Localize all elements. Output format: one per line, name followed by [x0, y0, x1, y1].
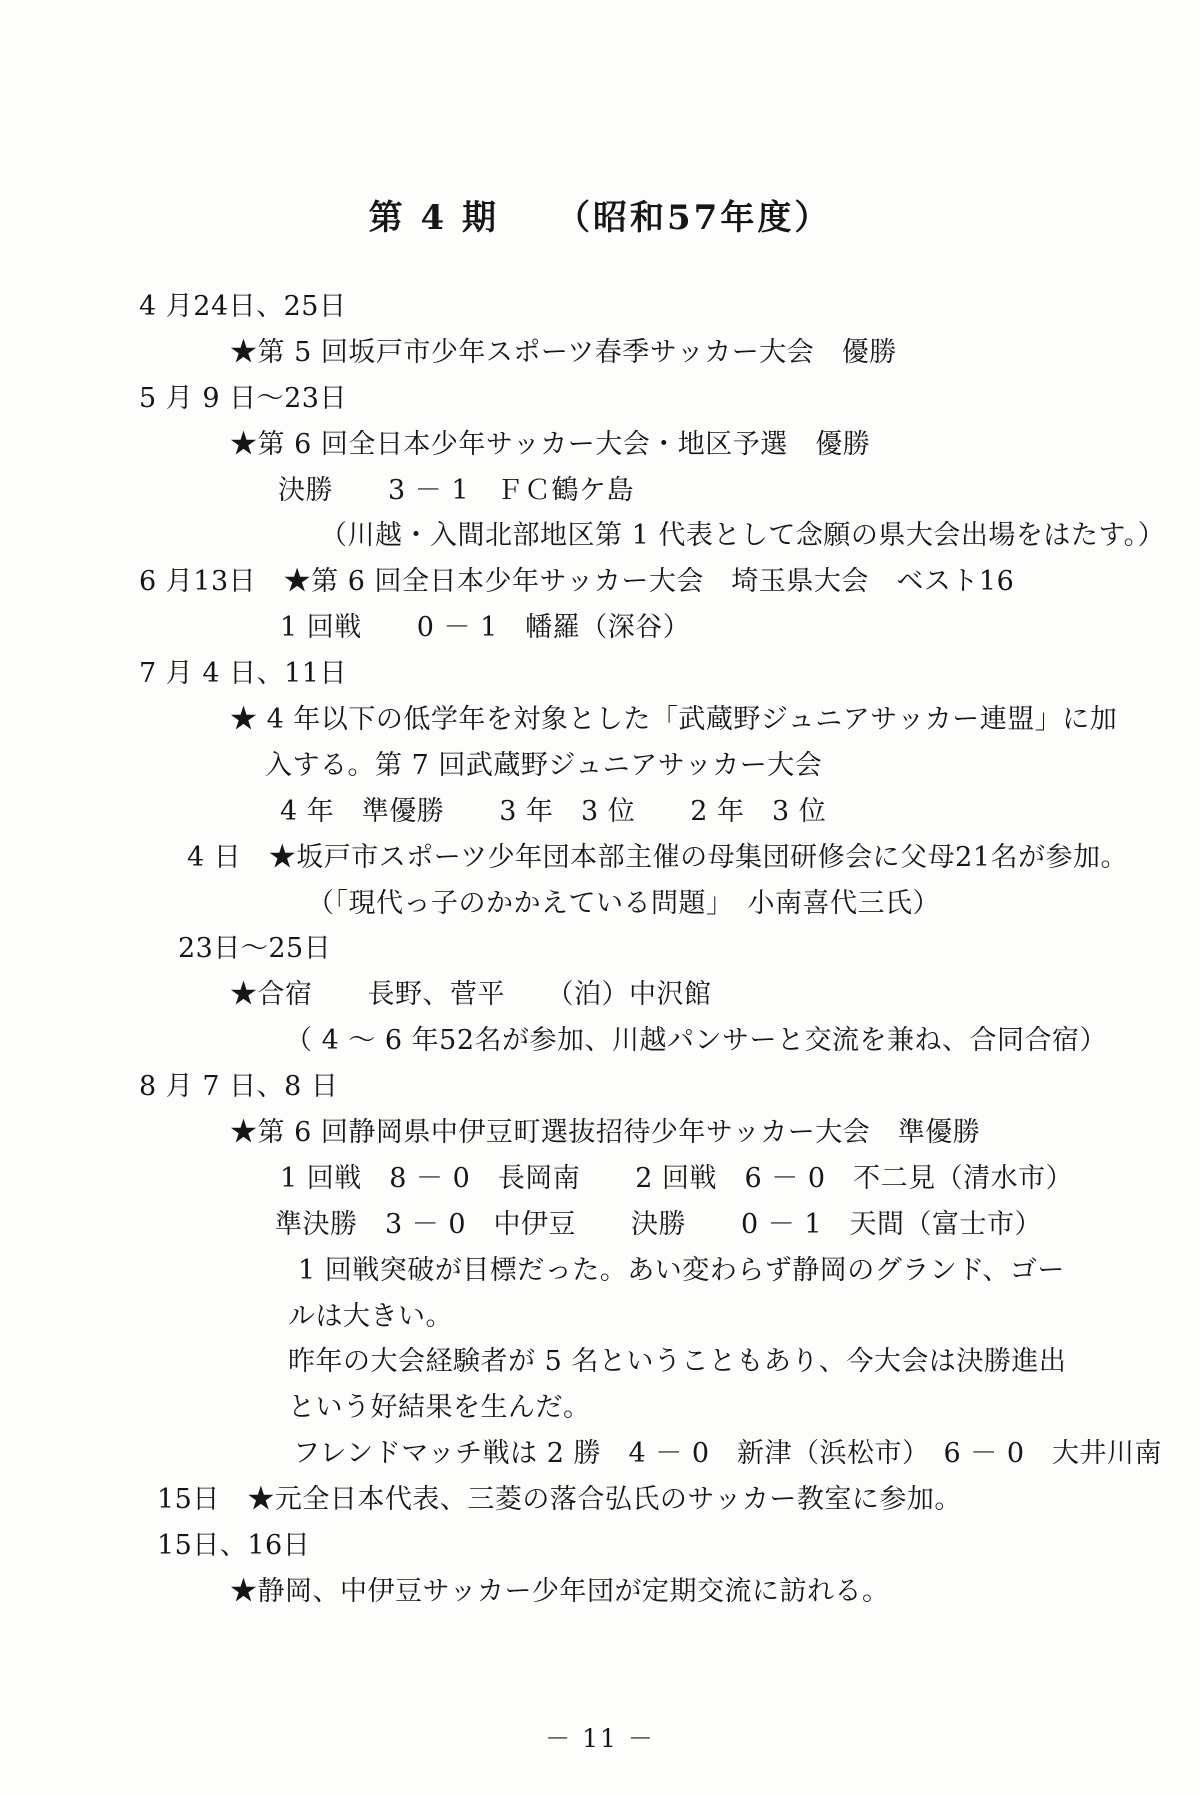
score-line: 準決勝 3 － 0 中伊豆 決勝 0 － 1 天間（富士市） — [0, 1202, 1200, 1248]
document-body: 4 月24日、25日 ★第 5 回坂戸市少年スポーツ春季サッカー大会 優勝 5 … — [0, 284, 1200, 1615]
event-line: ★合宿 長野、菅平 （泊）中沢館 — [0, 972, 1200, 1018]
note-line: （川越・入間北部地区第 1 代表として念願の県大会出場をはたす。） — [0, 513, 1200, 559]
comment-line: 1 回戦突破が目標だった。あい変わらず静岡のグランド、ゴー — [0, 1248, 1200, 1294]
result-line: 4 年 準優勝 3 年 3 位 2 年 3 位 — [0, 789, 1200, 835]
date-line: 4 月24日、25日 — [0, 284, 1200, 330]
date-event-line: 6 月13日 ★第 6 回全日本少年サッカー大会 埼玉県大会 ベスト16 — [0, 559, 1200, 605]
event-line: ★第 6 回静岡県中伊豆町選抜招待少年サッカー大会 準優勝 — [0, 1110, 1200, 1156]
note-line: （「現代っ子のかかえている問題」 小南喜代三氏） — [0, 881, 1200, 927]
date-line: 23日～25日 — [0, 926, 1200, 972]
date-line: 7 月 4 日、11日 — [0, 651, 1200, 697]
event-line: ★静岡、中伊豆サッカー少年団が定期交流に訪れる。 — [0, 1569, 1200, 1615]
page-title: 第 4 期 （昭和57年度） — [0, 190, 1200, 239]
date-line: 15日、16日 — [0, 1523, 1200, 1569]
note-line: （ 4 ～ 6 年52名が参加、川越パンサーと交流を兼ね、合同合宿） — [0, 1018, 1200, 1064]
score-line: フレンドマッチ戦は 2 勝 4 － 0 新津（浜松市） 6 － 0 大井川南 — [0, 1431, 1200, 1477]
date-event-line: 4 日 ★坂戸市スポーツ少年団本部主催の母集団研修会に父母21名が参加。 — [0, 835, 1200, 881]
comment-line: 昨年の大会経験者が 5 名ということもあり、今大会は決勝進出 — [0, 1339, 1200, 1385]
date-event-line: 15日 ★元全日本代表、三菱の落合弘氏のサッカー教室に参加。 — [0, 1477, 1200, 1523]
score-line: 1 回戦 8 － 0 長岡南 2 回戦 6 － 0 不二見（清水市） — [0, 1156, 1200, 1202]
comment-line: ルは大きい。 — [0, 1294, 1200, 1340]
date-line: 5 月 9 日～23日 — [0, 376, 1200, 422]
event-line: ★ 4 年以下の低学年を対象とした「武蔵野ジュニアサッカー連盟」に加 — [0, 697, 1200, 743]
comment-line: という好結果を生んだ。 — [0, 1385, 1200, 1431]
page-number: － 11 － — [0, 1719, 1200, 1755]
date-line: 8 月 7 日、8 日 — [0, 1064, 1200, 1110]
score-line: 決勝 3 － 1 ＦＣ鶴ケ島 — [0, 468, 1200, 514]
event-line: ★第 6 回全日本少年サッカー大会・地区予選 優勝 — [0, 422, 1200, 468]
scanned-document-page: 第 4 期 （昭和57年度） 4 月24日、25日 ★第 5 回坂戸市少年スポー… — [0, 0, 1200, 1795]
score-line: 1 回戦 0 － 1 幡羅（深谷） — [0, 605, 1200, 651]
event-continuation-line: 入する。第 7 回武蔵野ジュニアサッカー大会 — [0, 743, 1200, 789]
event-line: ★第 5 回坂戸市少年スポーツ春季サッカー大会 優勝 — [0, 330, 1200, 376]
